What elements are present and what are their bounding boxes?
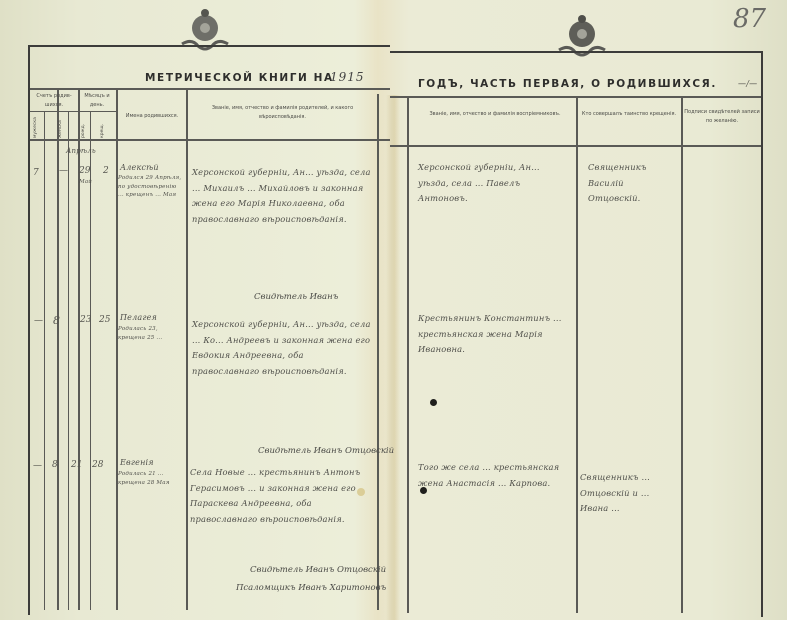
frame-right <box>761 51 763 617</box>
ink-blot <box>430 399 437 406</box>
record-3-number-female: 8 <box>52 460 58 470</box>
record-1-priest: Священникъ Василiй Отцовскiй. <box>588 160 674 207</box>
header-month-born: рожд. <box>81 114 86 138</box>
record-2-number-female: 8 <box>53 314 60 327</box>
record-2-name: Пелагея <box>120 310 157 326</box>
header-priest: Кто совершалъ таинство крещенiя. <box>580 110 678 119</box>
col-line-11 <box>681 98 683 613</box>
frame-top-right <box>390 51 762 53</box>
record-1-month: Апрѣль <box>66 147 96 156</box>
record-2-day-baptized: 25 <box>99 315 110 325</box>
header-signatures: Подписи свидѣтелей записи по желанiю. <box>684 108 760 126</box>
header-birth-count: Счетъ родив-шихся. <box>30 92 78 110</box>
record-1-day-born: 29 <box>79 166 90 176</box>
col-line-9 <box>407 98 409 613</box>
record-1-day-baptized: 2 <box>103 166 109 176</box>
record-2-parents: Херсонской губернiи, Ан... уѣзда, села .… <box>192 317 372 379</box>
record-3-name: Евгенiя <box>120 455 154 471</box>
title-right: ГОДЪ, ЧАСТЬ ПЕРВАЯ, О РОДИВШИХСЯ. <box>418 78 717 90</box>
imperial-eagle-emblem-right <box>555 14 609 60</box>
subhdr-line-b <box>78 111 116 112</box>
record-1-godparents: Херсонской губернiи, Ан... уѣзда, села .… <box>418 160 568 207</box>
record-3-number-male: — <box>33 461 42 471</box>
frame-left <box>28 45 30 615</box>
col-line-8 <box>377 94 379 610</box>
record-2-day-born: 23 <box>80 315 91 325</box>
year-handwritten: 1915 <box>330 70 365 84</box>
paper-stain <box>357 488 365 496</box>
subhdr-line-a <box>30 111 78 112</box>
title-left: МЕТРИЧЕСКОЙ КНИГИ НА <box>145 72 334 84</box>
header-birth-female: женска <box>58 114 63 138</box>
record-3-witness-signature-1: Свидѣтель Иванъ Отцовскiй <box>250 565 386 575</box>
header-birth-male: мужеска <box>33 114 38 138</box>
record-2-godparents: Крестьянинъ Константинъ ... крестьянская… <box>418 311 568 358</box>
col-line-1 <box>44 112 45 610</box>
record-3-day-born: 21 <box>71 460 82 470</box>
record-3-priest: Священникъ ... Отцовскiй и ... Ивана ... <box>580 470 678 517</box>
col-line-5 <box>90 112 91 610</box>
corner-mark: —/— <box>738 76 757 92</box>
record-3-witness-signature-2: Псаломщикъ Иванъ Харитоновъ <box>236 583 386 593</box>
record-3-name-note: Родилась 21 ... крещена 28 Мая <box>118 470 184 487</box>
header-godparents: Званiе, имя, отчество и фамилiя воспрiем… <box>420 110 570 119</box>
header-parents: Званiе, имя, отчество и фамилiя родителе… <box>190 104 375 122</box>
col-line-10 <box>576 98 578 613</box>
header-month-day: Мѣсяцъ и день. <box>78 92 116 110</box>
ink-blot-2 <box>420 487 427 494</box>
col-line-7 <box>186 90 188 610</box>
col-line-3 <box>68 112 69 610</box>
record-1-name-note: Родился 29 Апрѣля, по удостовѣренiю ... … <box>118 174 184 200</box>
record-2-parents-signature: Свидѣтель Иванъ Отцовскiй <box>258 446 394 456</box>
record-1-parents: Херсонской губернiи, Ан... уѣзда, села .… <box>192 165 372 227</box>
page-number: 87 <box>733 4 766 34</box>
header-name-of-born: Имена родившихся. <box>118 112 186 121</box>
header-month-baptized: крещ. <box>100 114 105 138</box>
record-1-number-female: — <box>59 166 68 176</box>
frame-top-left <box>28 45 390 47</box>
record-3-day-baptized: 28 <box>92 460 103 470</box>
scanned-page: 87 МЕТРИЧЕСКОЙ КНИГИ НА 1915 ГОДЪ, ЧАСТЬ… <box>0 0 787 620</box>
record-2-name-note: Родилась 23, крещена 25 ... <box>118 325 184 342</box>
imperial-eagle-emblem-left <box>178 8 232 54</box>
record-1-parents-signature: Свидѣтель Иванъ <box>254 292 338 302</box>
record-3-parents: Села Новые ... крестьянинъ Антонъ Гераси… <box>190 465 370 527</box>
col-line-6 <box>116 90 118 610</box>
header-top-left <box>30 88 390 90</box>
record-1-month-baptized: Май <box>79 178 92 187</box>
record-2-number-male: — <box>34 316 43 326</box>
header-bottom-left <box>30 139 390 141</box>
record-3-godparents: Того же села ... крестьянская жена Анаст… <box>418 460 573 491</box>
record-1-number-male: 7 <box>33 168 39 178</box>
book-fold <box>386 95 400 620</box>
